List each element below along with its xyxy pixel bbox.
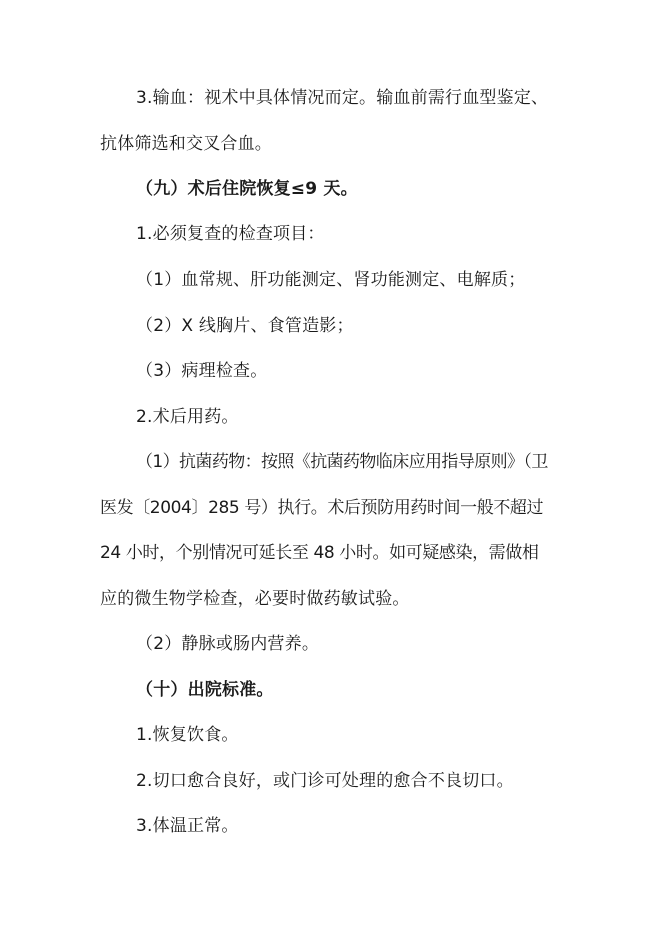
paragraph-line: 2.术后用药。 <box>136 405 239 429</box>
section-heading: （九）术后住院恢复≤9 天。 <box>136 177 358 201</box>
list-item: （2）X 线胸片、食管造影； <box>136 314 354 338</box>
paragraph-line: 3.体温正常。 <box>136 814 239 838</box>
list-item: （3）病理检查。 <box>136 359 267 383</box>
paragraph-line: 3.输血：视术中具体情况而定。输血前需行血型鉴定、 <box>136 86 548 110</box>
paragraph-line: 24 小时，个别情况可延长至 48 小时。如可疑感染，需做相 <box>100 541 538 565</box>
paragraph-line: 抗体筛选和交叉合血。 <box>100 132 272 156</box>
paragraph-line: 应的微生物学检查，必要时做药敏试验。 <box>100 587 410 611</box>
paragraph-line: 1.恢复饮食。 <box>136 723 239 747</box>
paragraph-line: 医发〔2004〕285 号）执行。术后预防用药时间一般不超过 <box>100 496 543 520</box>
document-page: 3.输血：视术中具体情况而定。输血前需行血型鉴定、 抗体筛选和交叉合血。 （九）… <box>0 0 662 936</box>
list-item: （2）静脉或肠内营养。 <box>136 632 319 656</box>
list-item: （1）血常规、肝功能测定、肾功能测定、电解质； <box>136 268 525 292</box>
paragraph-line: 2.切口愈合良好，或门诊可处理的愈合不良切口。 <box>136 769 514 793</box>
list-item: （1）抗菌药物：按照《抗菌药物临床应用指导原则》（卫 <box>136 450 548 474</box>
paragraph-line: 1.必须复查的检查项目： <box>136 222 325 246</box>
section-heading: （十）出院标准。 <box>136 678 274 702</box>
